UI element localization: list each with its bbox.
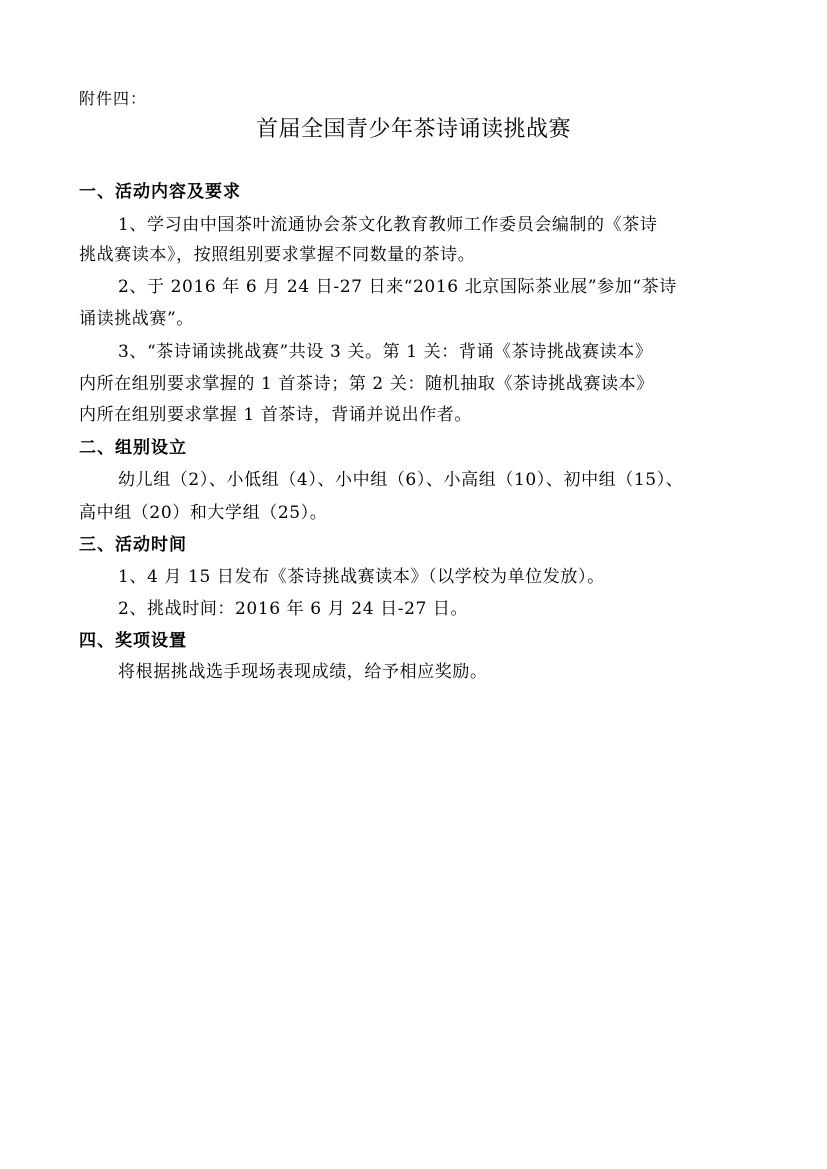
- paragraph-line: 幼儿组（2）、小低组（4）、小中组（6）、小高组（10）、初中组（15）、: [118, 469, 683, 491]
- document-title: 首届全国青少年茶诗诵读挑战赛: [0, 116, 827, 144]
- section-heading-schedule: 三、活动时间: [79, 534, 187, 556]
- paragraph-line: 2、于 2016 年 6 月 24 日-27 日来“2016 北京国际茶业展”参…: [118, 276, 677, 298]
- document-page: 附件四： 首届全国青少年茶诗诵读挑战赛 一、活动内容及要求 1、学习由中国茶叶流…: [0, 0, 827, 1169]
- paragraph-line: 挑战赛读本》，按照组别要求掌握不同数量的茶诗。: [79, 244, 475, 266]
- section-heading-groups: 二、组别设立: [79, 437, 187, 459]
- paragraph-line: 诵读挑战赛”。: [79, 308, 194, 330]
- section-heading-content-requirements: 一、活动内容及要求: [79, 181, 241, 203]
- paragraph-line: 2、挑战时间：2016 年 6 月 24 日-27 日。: [118, 598, 468, 620]
- paragraph-line: 将根据挑战选手现场表现成绩，给予相应奖励。: [118, 661, 488, 683]
- section-heading-awards: 四、奖项设置: [79, 630, 187, 652]
- attachment-label: 附件四：: [79, 88, 147, 110]
- paragraph-line: 1、学习由中国茶叶流通协会茶文化教育教师工作委员会编制的《茶诗: [118, 214, 657, 236]
- paragraph-line: 内所在组别要求掌握 1 首茶诗，背诵并说出作者。: [79, 404, 472, 426]
- paragraph-line: 内所在组别要求掌握的 1 首茶诗；第 2 关：随机抽取《茶诗挑战赛读本》: [79, 373, 654, 395]
- paragraph-line: 1、4 月 15 日发布《茶诗挑战赛读本》（以学校为单位发放）。: [118, 566, 605, 588]
- paragraph-line: 3、“茶诗诵读挑战赛”共设 3 关。第 1 关：背诵《茶诗挑战赛读本》: [118, 341, 652, 363]
- paragraph-line: 高中组（20）和大学组（25）。: [79, 502, 327, 524]
